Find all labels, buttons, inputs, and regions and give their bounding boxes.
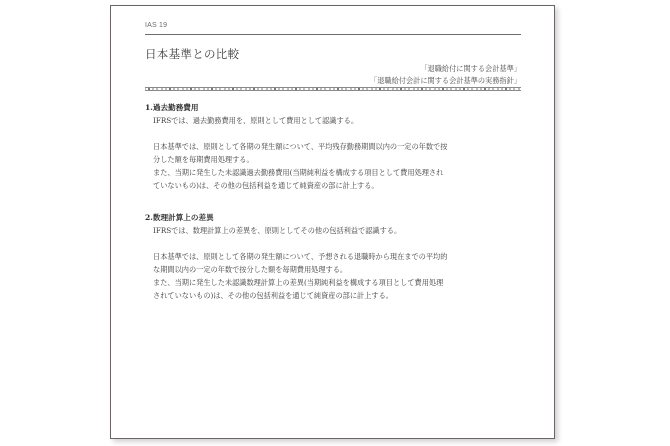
section-past-service-cost: 1.過去勤務費用 IFRSでは、過去勤務費用を、原則として費用として認識する。 …: [145, 102, 525, 192]
paragraph-line: 日本基準では、原則として各期の発生額について、予想される退職時から現在までの平均…: [145, 250, 525, 263]
reference-standard: 「退職給付に関する会計基準」: [420, 64, 521, 74]
paragraph-gap: [145, 127, 525, 140]
page-title: 日本基準との比較: [145, 46, 239, 62]
paragraph-line: 分した額を毎期費用処理する。: [145, 153, 525, 166]
header-rule: [145, 34, 521, 35]
running-head: IAS 19: [145, 22, 167, 29]
section-actuarial-differences: 2.数理計算上の差異 IFRSでは、数理計算上の差異を、原則としてその他の包括利…: [145, 212, 525, 302]
section-heading: 1.過去勤務費用: [145, 102, 525, 114]
paragraph-gap: [145, 237, 525, 250]
paragraph-line: IFRSでは、数理計算上の差異を、原則としてその他の包括利益で認識する。: [145, 224, 525, 237]
paragraph-line: な期間以内の一定の年数で按分した額を毎期費用処理する。: [145, 263, 525, 276]
paragraph-line: IFRSでは、過去勤務費用を、原則として費用として認識する。: [145, 114, 525, 127]
paragraph-line: また、当期に発生した未認識数理計算上の差異(当期純利益を構成する項目として費用処…: [145, 276, 525, 289]
section-heading: 2.数理計算上の差異: [145, 212, 525, 224]
paragraph-line: されていないもの)は、その他の包括利益を通じて純資産の部に計上する。: [145, 289, 525, 302]
reference-guidance: 「退職給付会計に関する会計基準の実務指針」: [370, 76, 521, 86]
document-page: IAS 19 日本基準との比較 「退職給付に関する会計基準」 「退職給付会計に関…: [110, 5, 555, 439]
paragraph-line: ていないもの)は、その他の包括利益を通じて純資産の部に計上する。: [145, 179, 525, 192]
decorative-box-rule: [145, 87, 521, 91]
paragraph-line: また、当期に発生した未認識過去勤務費用(当期純利益を構成する項目として費用処理さ…: [145, 166, 525, 179]
paragraph-line: 日本基準では、原則として各期の発生額について、平均残存勤務期間以内の一定の年数で…: [145, 140, 525, 153]
